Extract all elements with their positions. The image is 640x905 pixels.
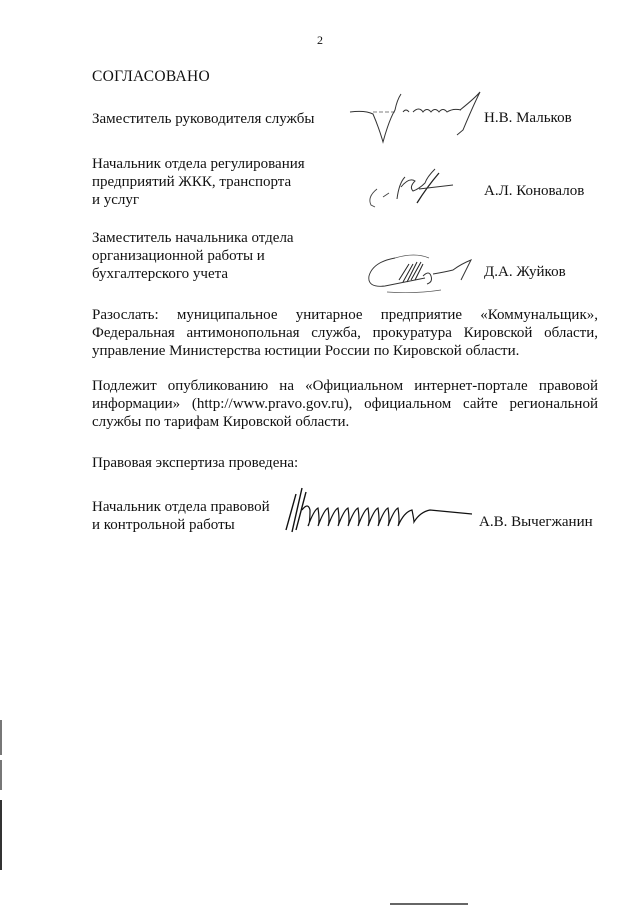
publication-paragraph: Подлежит опубликованию на «Официальном и… [92, 377, 598, 431]
approval-heading: СОГЛАСОВАНО [92, 68, 210, 86]
signatory-role-zhuykov: Заместитель начальника отдела организаци… [92, 229, 294, 283]
role-line: организационной работы и [92, 247, 294, 265]
signatory-name-malkov: Н.В. Мальков [484, 110, 572, 127]
publication-line: информации» (http://www.pravo.gov.ru), о… [92, 395, 598, 413]
distribution-line: Разослать: муниципальное унитарное предп… [92, 306, 598, 324]
scan-margin-mark [0, 800, 2, 870]
role-line: Начальник отдела правовой [92, 498, 270, 516]
signature-konovalov-icon [365, 163, 460, 213]
distribution-line: управление Министерства юстиции России п… [92, 342, 598, 360]
signature-vychegzhanin-icon [280, 484, 480, 536]
signatory-role-konovalov: Начальник отдела регулирования предприят… [92, 155, 305, 209]
role-line: предприятий ЖКК, транспорта [92, 173, 305, 191]
role-line: Заместитель руководителя службы [92, 110, 314, 128]
publication-line: Подлежит опубликованию на «Официальном и… [92, 377, 598, 395]
page-number: 2 [0, 33, 640, 48]
role-line: и услуг [92, 191, 305, 209]
signatory-role-malkov: Заместитель руководителя службы [92, 110, 314, 128]
scan-margin-mark [0, 760, 2, 790]
role-line: Начальник отдела регулирования [92, 155, 305, 173]
distribution-line: Федеральная антимонопольная служба, прок… [92, 324, 598, 342]
signature-zhuykov-icon [365, 248, 480, 298]
role-line: бухгалтерского учета [92, 265, 294, 283]
signatory-name-konovalov: А.Л. Коновалов [484, 183, 584, 200]
distribution-paragraph: Разослать: муниципальное унитарное предп… [92, 306, 598, 360]
legal-review-statement: Правовая экспертиза проведена: [92, 455, 298, 472]
role-line: и контрольной работы [92, 516, 270, 534]
signatory-name-zhuykov: Д.А. Жуйков [484, 264, 566, 281]
role-line: Заместитель начальника отдела [92, 229, 294, 247]
publication-line: службы по тарифам Кировской области. [92, 413, 598, 431]
legal-review-role: Начальник отдела правовой и контрольной … [92, 498, 270, 534]
legal-review-name: А.В. Вычегжанин [479, 514, 593, 531]
signature-malkov-icon [345, 90, 490, 155]
scan-margin-mark [0, 720, 2, 755]
